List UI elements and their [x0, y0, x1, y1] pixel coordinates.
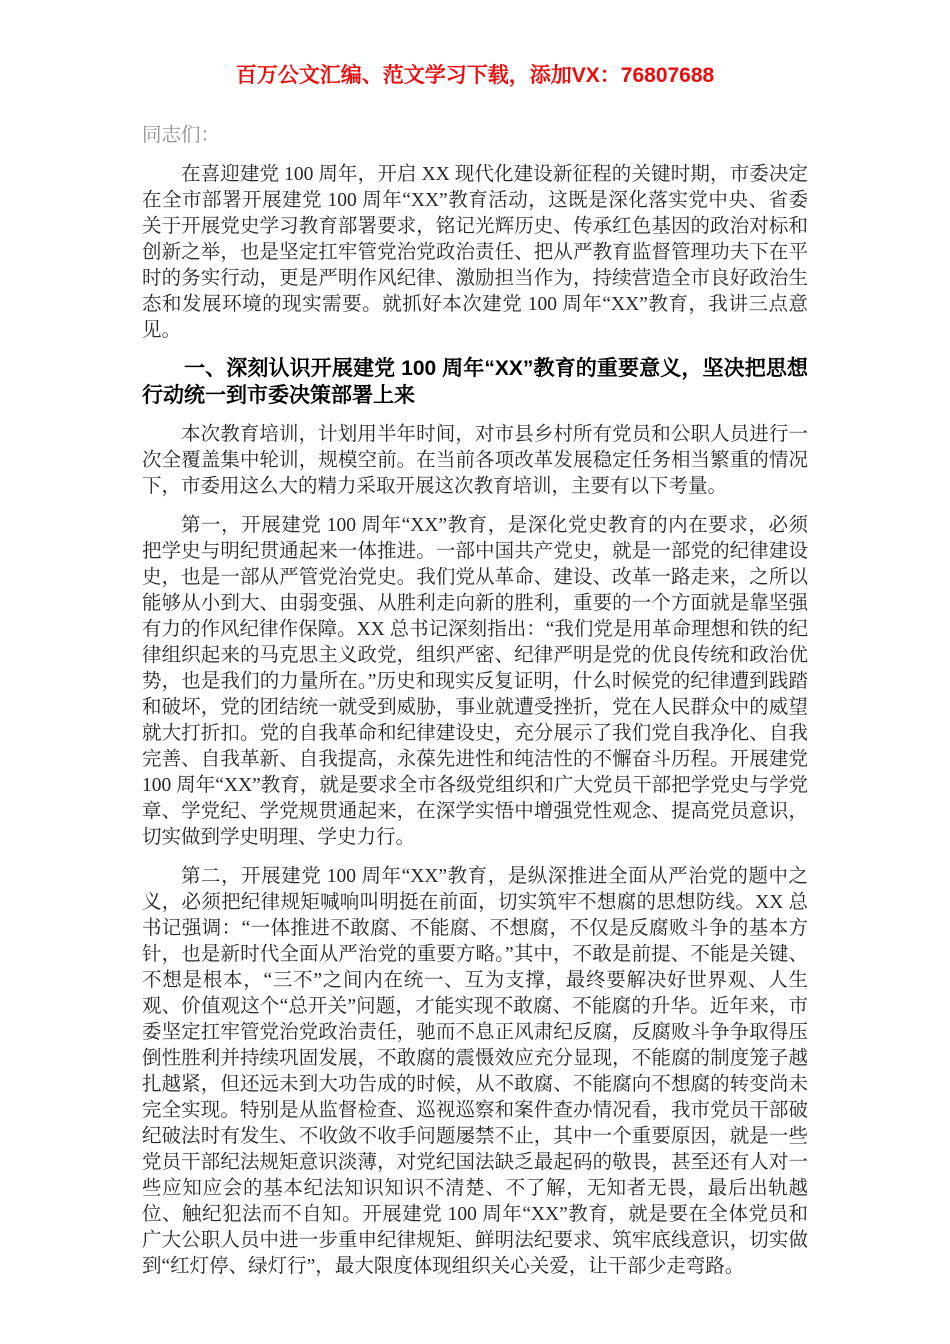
document-body: 同志们： 在喜迎建党 100 周年，开启 XX 现代化建设新征程的关键时期，市委… — [142, 123, 808, 1280]
point-1-paragraph: 第一，开展建党 100 周年“XX”教育，是深化党史教育的内在要求，必须把学史与… — [142, 513, 808, 851]
section-1-heading: 一、深刻认识开展建党 100 周年“XX”教育的重要意义，坚决把思想行动统一到市… — [142, 355, 808, 409]
overview-paragraph: 本次教育培训，计划用半年时间，对市县乡村所有党员和公职人员进行一次全覆盖集中轮训… — [142, 422, 808, 500]
salutation: 同志们： — [142, 123, 808, 149]
point-2-paragraph: 第二，开展建党 100 周年“XX”教育，是纵深推进全面从严治党的题中之义，必须… — [142, 864, 808, 1280]
document-page: 百万公文汇编、范文学习下载，添加VX：76807688 同志们： 在喜迎建党 1… — [0, 0, 950, 1344]
promo-banner-text: 百万公文汇编、范文学习下载，添加VX：76807688 — [0, 62, 950, 90]
intro-paragraph: 在喜迎建党 100 周年，开启 XX 现代化建设新征程的关键时期，市委决定在全市… — [142, 162, 808, 344]
